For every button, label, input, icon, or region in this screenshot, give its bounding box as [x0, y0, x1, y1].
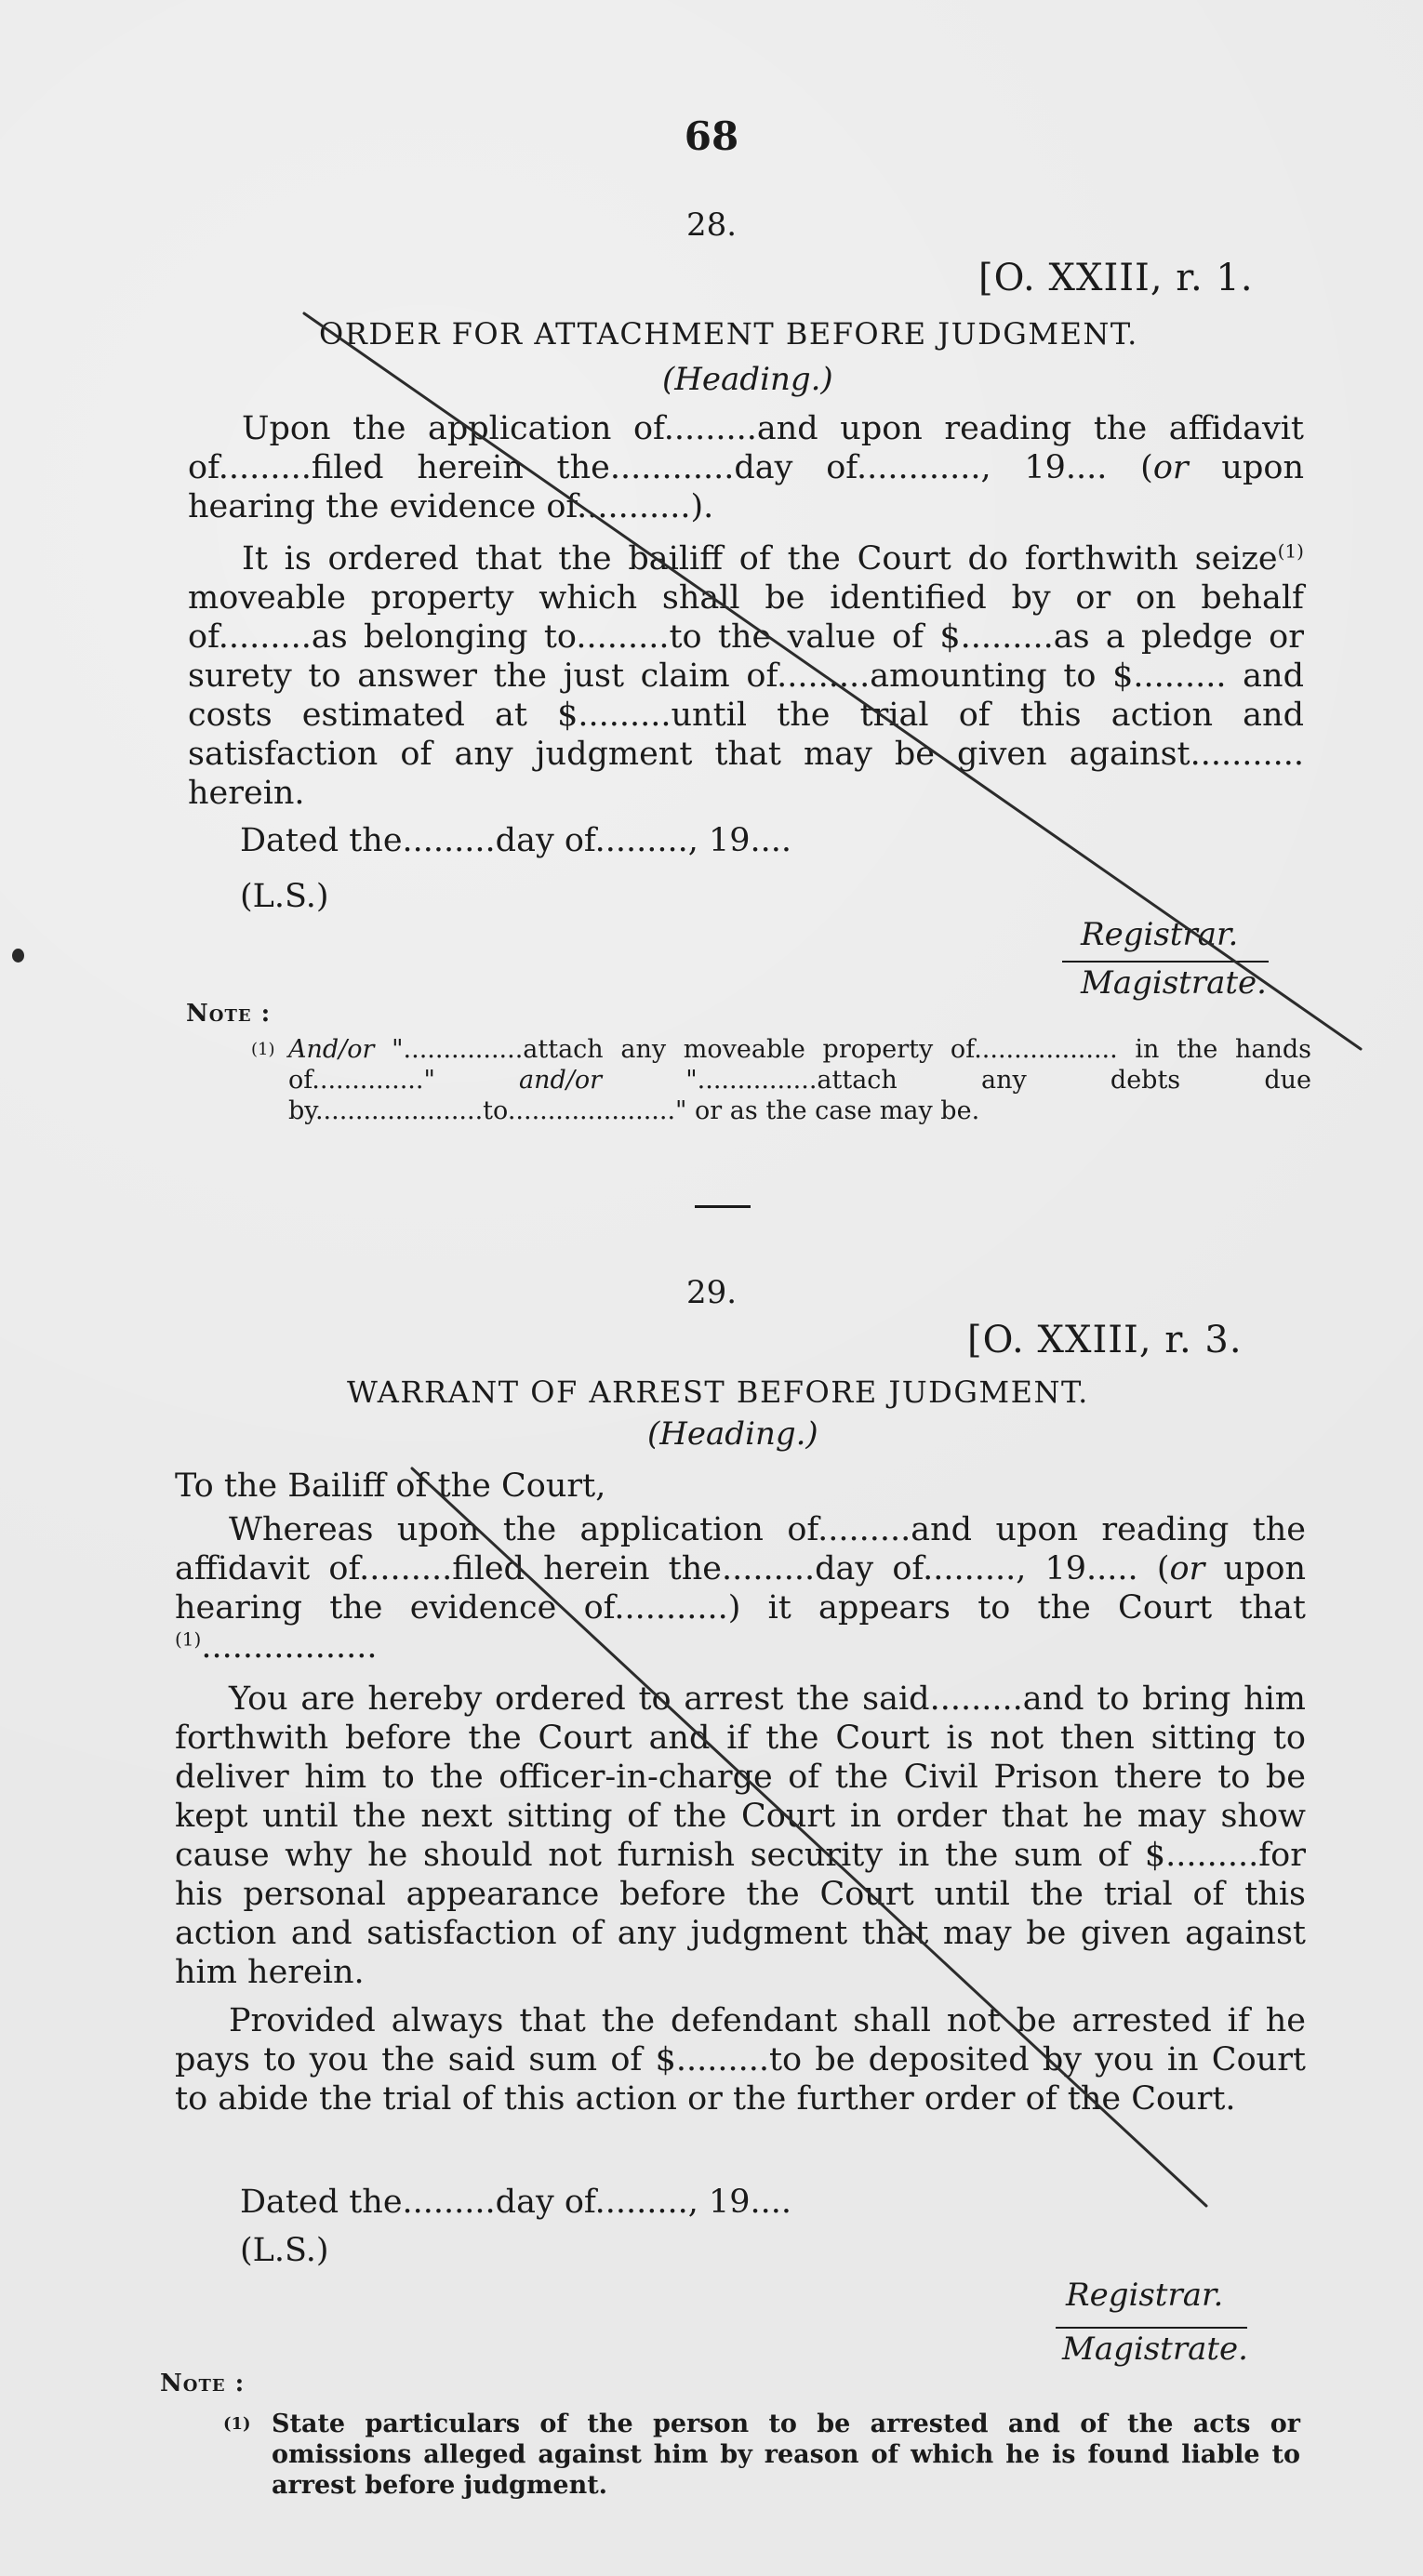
form-29-signature-magistrate: Magistrate.: [1062, 2330, 1248, 2368]
form-29-paragraph-2: You are hereby ordered to arrest the sai…: [175, 1680, 1306, 1992]
form-28-title: ORDER FOR ATTACHMENT BEFORE JUDGMENT.: [319, 316, 1138, 352]
form-28-number: 28.: [0, 206, 1423, 244]
form-28-note-item: (1) And/or "...............attach any mo…: [288, 1034, 1311, 1126]
form-29-reference: [O. XXIII, r. 3.: [967, 1319, 1243, 1361]
form-29-note-item: (1) State particulars of the person to b…: [272, 2409, 1300, 2501]
form-29-heading: (Heading.): [647, 1415, 818, 1453]
form-29-title: WARRANT OF ARREST BEFORE JUDGMENT.: [347, 1374, 1089, 1410]
form-29-number: 29.: [0, 1274, 1423, 1311]
form-29-salutation: To the Bailiff of the Court,: [175, 1467, 605, 1505]
form-29-seal: (L.S.): [240, 2232, 329, 2269]
section-divider: [695, 1205, 751, 1208]
footnote-marker: (1): [175, 1627, 201, 1650]
page-number: 68: [0, 113, 1423, 159]
form-28-dated-line: Dated the.........day of........., 19...…: [240, 822, 791, 859]
form-28-signature-registrar: Registrar.: [1081, 916, 1238, 953]
document-page: 68 28. [O. XXIII, r. 1. ORDER FOR ATTACH…: [0, 0, 1423, 2576]
note-number: (1): [223, 2409, 251, 2439]
form-28-heading: (Heading.): [662, 361, 833, 398]
form-29-paragraph-1: Whereas upon the application of.........…: [175, 1510, 1306, 1666]
form-28-seal: (L.S.): [240, 878, 329, 915]
ink-speck: [12, 949, 24, 963]
form-28-reference: [O. XXIII, r. 1.: [978, 257, 1254, 299]
form-28-signature-magistrate: Magistrate.: [1081, 964, 1267, 1002]
form-28-paragraph-1: Upon the application of.........and upon…: [188, 409, 1304, 526]
note-number: (1): [251, 1034, 275, 1065]
footnote-marker: (1): [1278, 539, 1304, 562]
form-29-note-label: Note :: [160, 2370, 245, 2397]
form-28-signature-rule: [1062, 961, 1269, 963]
form-29-signature-registrar: Registrar.: [1066, 2277, 1223, 2314]
form-29-paragraph-3: Provided always that the defendant shall…: [175, 2001, 1306, 2118]
form-29-signature-rule: [1056, 2327, 1247, 2329]
form-28-paragraph-2: It is ordered that the bailiff of the Co…: [188, 539, 1304, 813]
form-29-dated-line: Dated the.........day of........., 19...…: [240, 2184, 791, 2221]
form-28-note-label: Note :: [186, 1000, 271, 1028]
